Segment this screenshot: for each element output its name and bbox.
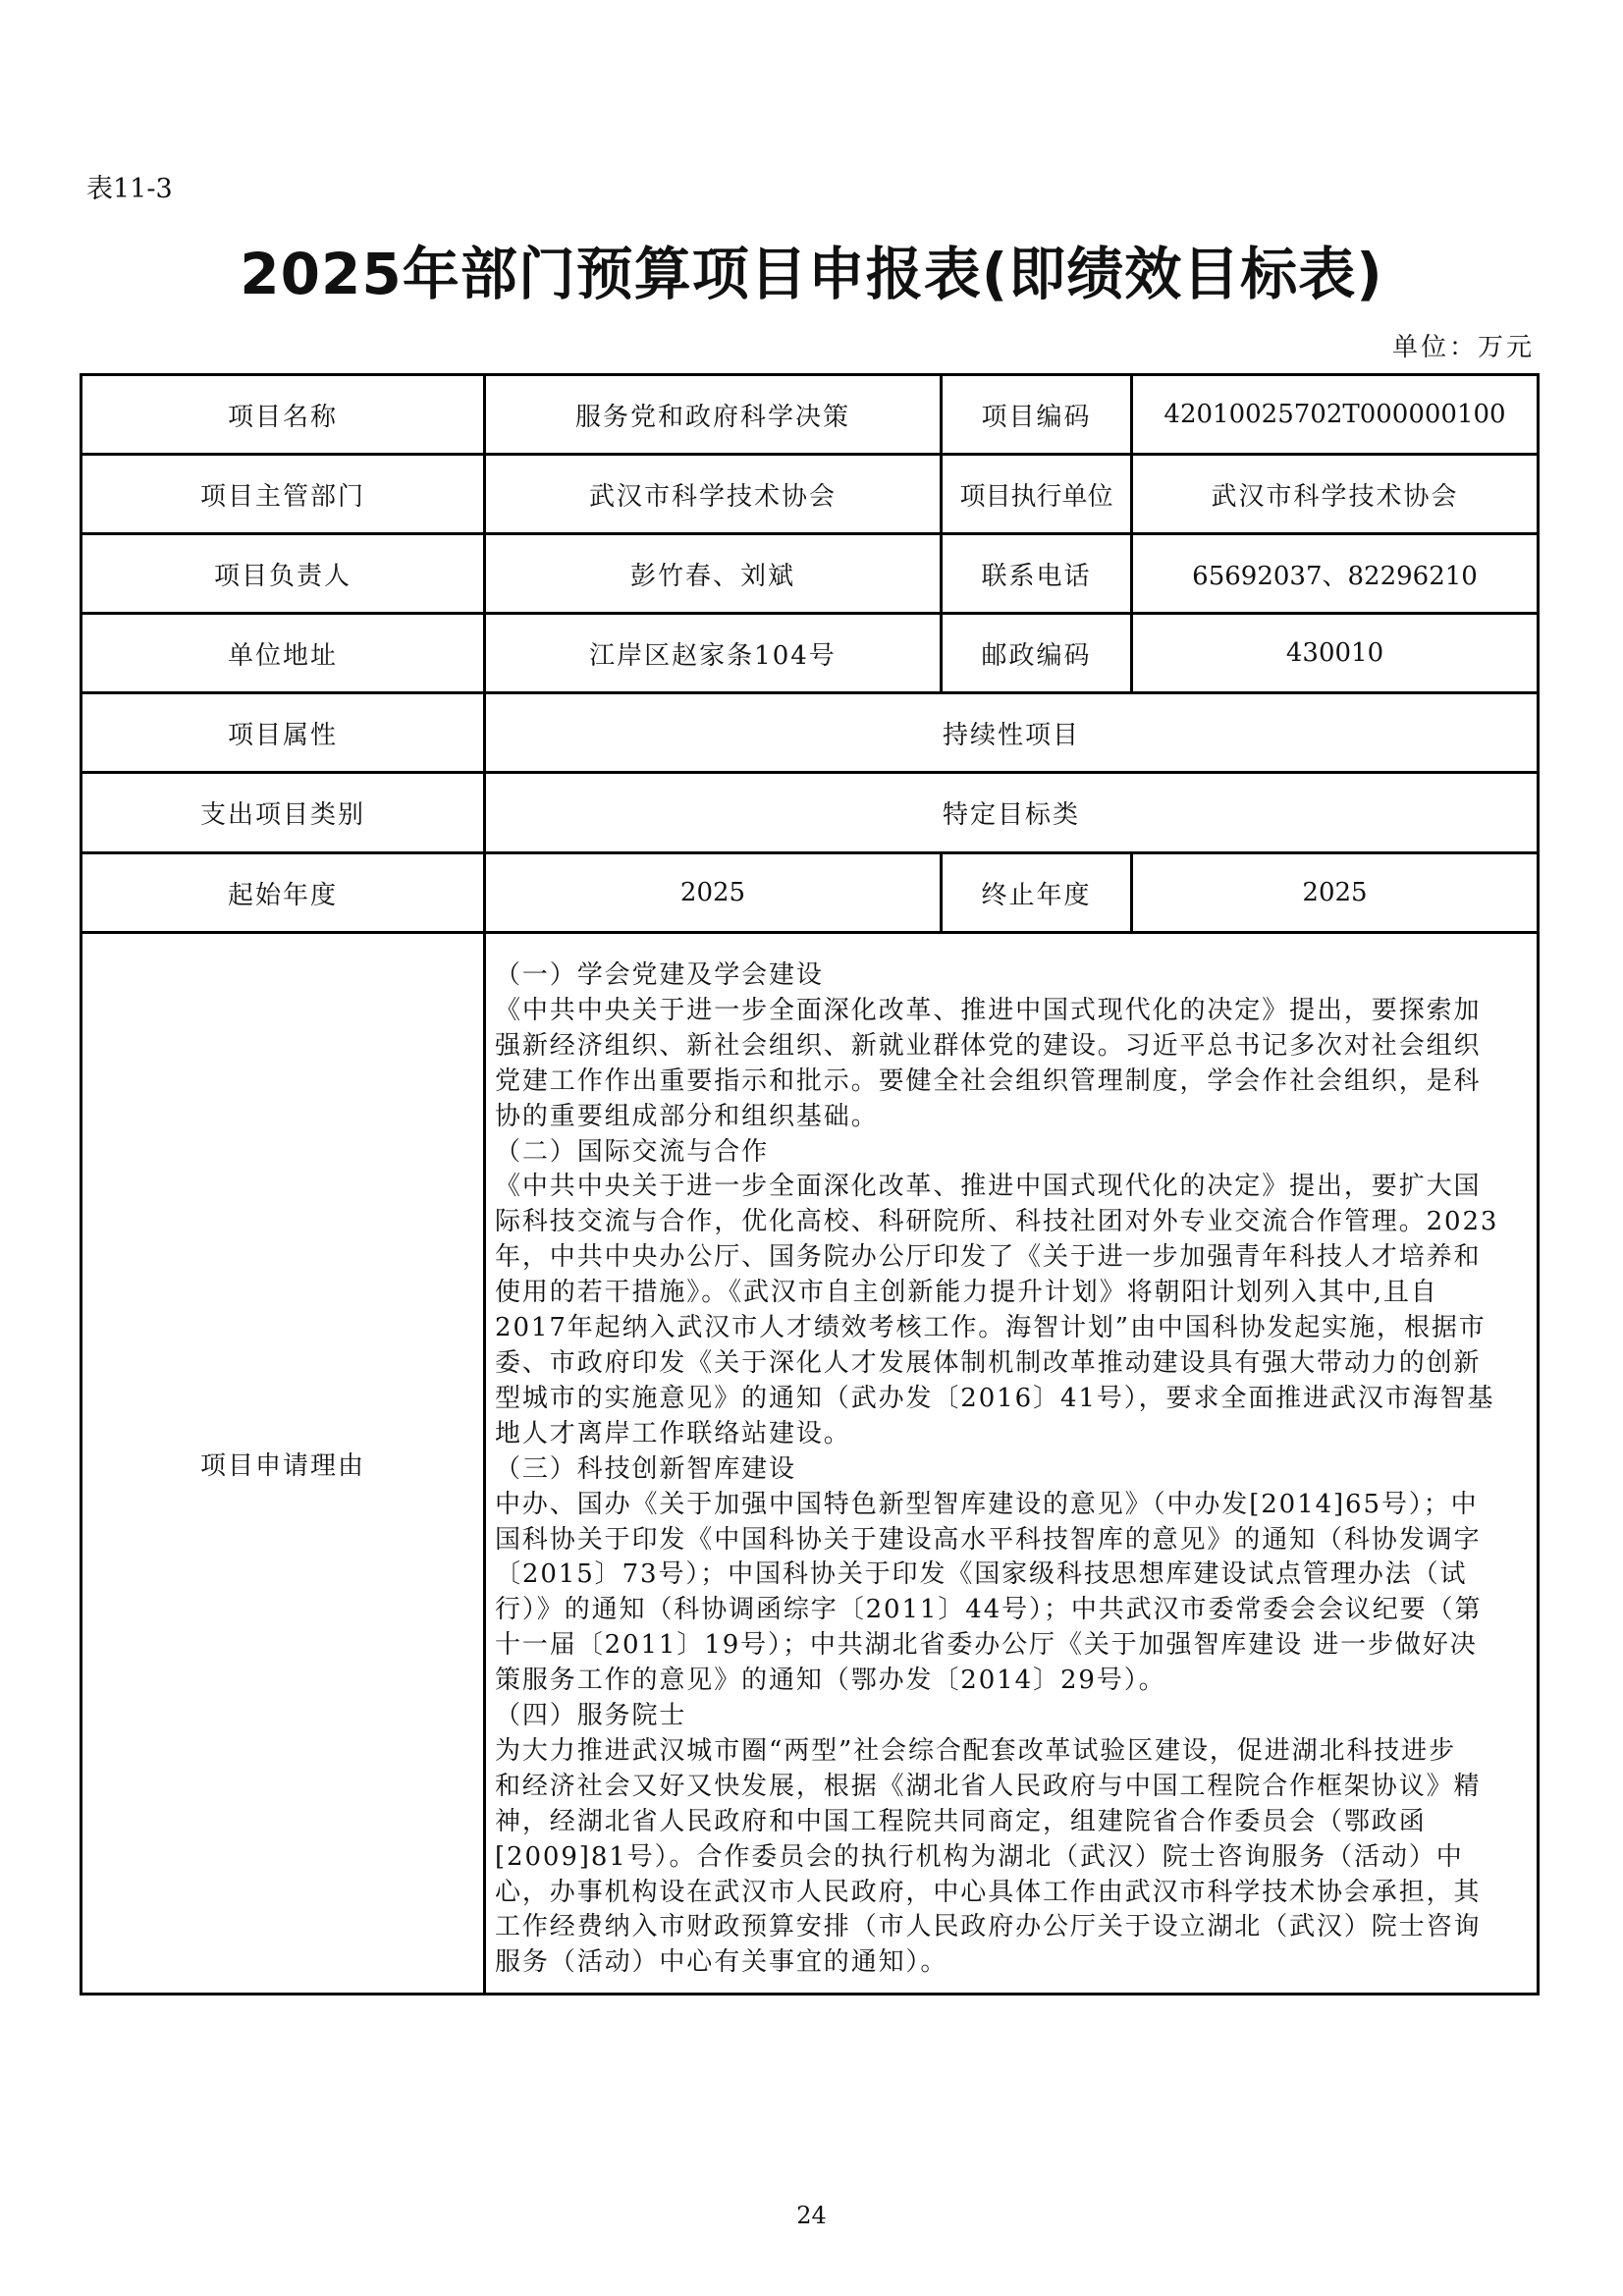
label-executing-unit: 项目执行单位 — [943, 456, 1130, 532]
label-expense-category: 支出项目类别 — [82, 774, 483, 851]
page-number: 24 — [0, 2202, 1623, 2229]
reason-line: 国科协关于印发《中国科协关于建设高水平科技智库的意见》的通知（科协发调字 — [495, 1523, 1538, 1558]
reason-line: 使用的若干措施》。《武汉市自主创新能力提升计划》将朝阳计划列入其中,且自 — [495, 1276, 1538, 1311]
reason-line: 为大力推进武汉城市圈“两型”社会综合配套改革试验区建设，促进湖北科技进步 — [495, 1734, 1538, 1770]
reason-line: 行）》的通知（科协调函综字〔2011〕44号）；中共武汉市委常委会会议纪要（第 — [495, 1593, 1538, 1628]
application-reason-text: （一）学会党建及学会建设 《中共中央关于进一步全面深化改革、推进中国式现代化的决… — [495, 958, 1538, 1981]
reason-line: 和经济社会又好又快发展，根据《湖北省人民政府与中国工程院合作框架协议》精 — [495, 1770, 1538, 1805]
label-postcode: 邮政编码 — [943, 615, 1130, 691]
value-postcode: 430010 — [1133, 615, 1537, 691]
table-number: 表11-3 — [86, 167, 173, 205]
reason-line: [2009]81号）。合作委员会的执行机构为湖北（武汉）院士咨询服务（活动）中 — [495, 1840, 1538, 1876]
value-phone: 65692037、82296210 — [1133, 535, 1537, 612]
value-address: 江岸区赵家条104号 — [486, 615, 940, 691]
reason-line: 《中共中央关于进一步全面深化改革、推进中国式现代化的决定》提出，要扩大国 — [495, 1170, 1538, 1205]
value-supervising-dept: 武汉市科学技术协会 — [486, 456, 940, 532]
label-start-year: 起始年度 — [82, 854, 483, 931]
budget-project-table: 项目名称 服务党和政府科学决策 项目编码 42010025702T0000001… — [80, 373, 1540, 1995]
reason-line: 〔2015〕73号）；中国科协关于印发《国家级科技思想库建设试点管理办法（试 — [495, 1558, 1538, 1593]
label-address: 单位地址 — [82, 615, 483, 691]
value-project-attribute: 持续性项目 — [486, 694, 1537, 771]
reason-line: 十一届〔2011〕19号）；中共湖北省委办公厅《关于加强智库建设 进一步做好决 — [495, 1628, 1538, 1664]
reason-line: （三）科技创新智库建设 — [495, 1452, 1538, 1488]
value-project-name: 服务党和政府科学决策 — [486, 376, 940, 453]
unit-label: 单位：万元 — [1392, 327, 1535, 363]
label-end-year: 终止年度 — [943, 854, 1130, 931]
label-phone: 联系电话 — [943, 535, 1130, 612]
reason-line: 《中共中央关于进一步全面深化改革、推进中国式现代化的决定》提出，要探索加 — [495, 994, 1538, 1029]
reason-line: （二）国际交流与合作 — [495, 1135, 1538, 1171]
value-end-year: 2025 — [1133, 854, 1537, 931]
reason-line: 服务（活动）中心有关事宜的通知）。 — [495, 1945, 1538, 1981]
label-project-name: 项目名称 — [82, 376, 483, 453]
value-project-code: 42010025702T000000100 — [1133, 376, 1537, 453]
reason-line: 地人才离岸工作联络站建设。 — [495, 1417, 1538, 1452]
label-project-leader: 项目负责人 — [82, 535, 483, 612]
reason-line: 年，中共中央办公厅、国务院办公厅印发了《关于进一步加强青年科技人才培养和 — [495, 1240, 1538, 1276]
page-title: 2025年部门预算项目申报表(即绩效目标表) — [0, 228, 1623, 310]
reason-line: （四）服务院士 — [495, 1699, 1538, 1734]
reason-line: 型城市的实施意见》的通知（武办发〔2016〕41号），要求全面推进武汉市海智基 — [495, 1382, 1538, 1417]
reason-line: 际科技交流与合作，优化高校、科研院所、科技社团对外专业交流合作管理。2023 — [495, 1205, 1538, 1240]
label-application-reason: 项目申请理由 — [82, 934, 483, 1993]
reason-line: 强新经济组织、新社会组织、新就业群体党的建设。习近平总书记多次对社会组织 — [495, 1029, 1538, 1065]
reason-line: 策服务工作的意见》的通知（鄂办发〔2014〕29号）。 — [495, 1664, 1538, 1699]
value-start-year: 2025 — [486, 854, 940, 931]
label-project-attribute: 项目属性 — [82, 694, 483, 771]
reason-line: 中办、国办《关于加强中国特色新型智库建设的意见》（中办发[2014]65号）；中 — [495, 1488, 1538, 1523]
reason-line: （一）学会党建及学会建设 — [495, 958, 1538, 994]
reason-line: 党建工作作出重要指示和批示。要健全社会组织管理制度，学会作社会组织，是科 — [495, 1065, 1538, 1100]
value-executing-unit: 武汉市科学技术协会 — [1133, 456, 1537, 532]
reason-line: 委、市政府印发《关于深化人才发展体制机制改革推动建设具有强大带动力的创新 — [495, 1346, 1538, 1382]
reason-line: 2017年起纳入武汉市人才绩效考核工作。海智计划”由中国科协发起实施，根据市 — [495, 1311, 1538, 1346]
label-project-code: 项目编码 — [943, 376, 1130, 453]
reason-line: 神，经湖北省人民政府和中国工程院共同商定，组建院省合作委员会（鄂政函 — [495, 1805, 1538, 1840]
value-project-leader: 彭竹春、刘斌 — [486, 535, 940, 612]
reason-line: 心，办事机构设在武汉市人民政府，中心具体工作由武汉市科学技术协会承担，其 — [495, 1876, 1538, 1911]
reason-line: 工作经费纳入市财政预算安排（市人民政府办公厅关于设立湖北（武汉）院士咨询 — [495, 1910, 1538, 1945]
label-supervising-dept: 项目主管部门 — [82, 456, 483, 532]
value-expense-category: 特定目标类 — [486, 774, 1537, 851]
reason-line: 协的重要组成部分和组织基础。 — [495, 1100, 1538, 1135]
